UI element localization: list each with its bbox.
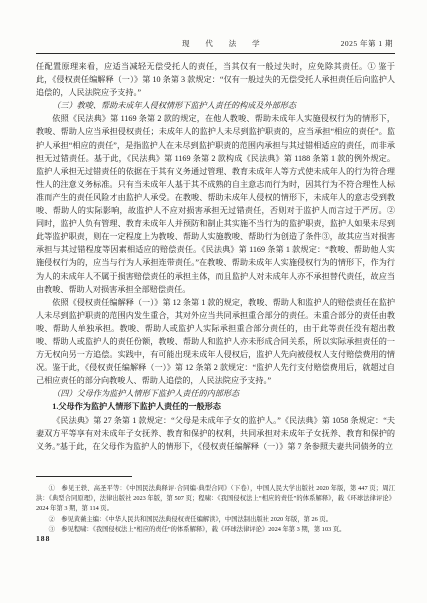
body-paragraph: 《民法典》第 27 条第 1 款规定：“父母是未成年子女的监护人。”《民法典》第… (36, 414, 395, 453)
page-number: 188 (36, 534, 50, 543)
footnote-separator (36, 476, 132, 477)
body-paragraph: 任配置原理来看，应适当减轻无偿受托人的责任，当其仅有一般过失时，应免除其责任。①… (36, 60, 395, 99)
journal-title: 现 代 法 学 (182, 38, 267, 49)
section-heading: 1.父母作为监护人情形下监护人责任的一般形态 (36, 400, 395, 413)
page-body: 任配置原理来看，应适当减轻无偿受托人的责任，当其仅有一般过失时，应免除其责任。①… (36, 60, 395, 453)
journal-page: 现 代 法 学 2025 年第 1 期 任配置原理来看，应适当减轻无偿受托人的责… (0, 0, 427, 603)
section-heading: （四）父母作为监护人情形下监护人责任的内部形态 (36, 387, 395, 400)
body-paragraph: 依照《侵权责任编解释（一）》第 12 条第 1 款的规定，教唆、帮助人和监护人的… (36, 296, 395, 388)
body-paragraph: 依照《民法典》第 1169 条第 2 款的规定，在他人教唆、帮助未成年人实施侵权… (36, 112, 395, 295)
section-heading: （三）教唆、帮助未成年人侵权情形下监护人责任的构成及外部形态 (36, 99, 395, 112)
footnote-item: ① 参见王轶、高圣平等：《中国民法典释评·合同编·典型合同》（下卷），中国人民大… (36, 484, 395, 515)
issue-label: 2025 年第 1 期 (341, 38, 393, 49)
footnotes: ① 参见王轶、高圣平等：《中国民法典释评·合同编·典型合同》（下卷），中国人民大… (36, 484, 395, 535)
page-header: 现 代 法 学 2025 年第 1 期 (36, 38, 395, 53)
header-rule (36, 53, 395, 54)
footnote-item: ③ 参见程啸：《我国侵权法上“相应的责任”的体系解释》，载《环球法律评论》202… (36, 525, 395, 535)
footnote-item: ② 参见黄薇主编：《中华人民共和国民法典侵权责任编解读》，中国法制出版社 202… (36, 515, 395, 525)
